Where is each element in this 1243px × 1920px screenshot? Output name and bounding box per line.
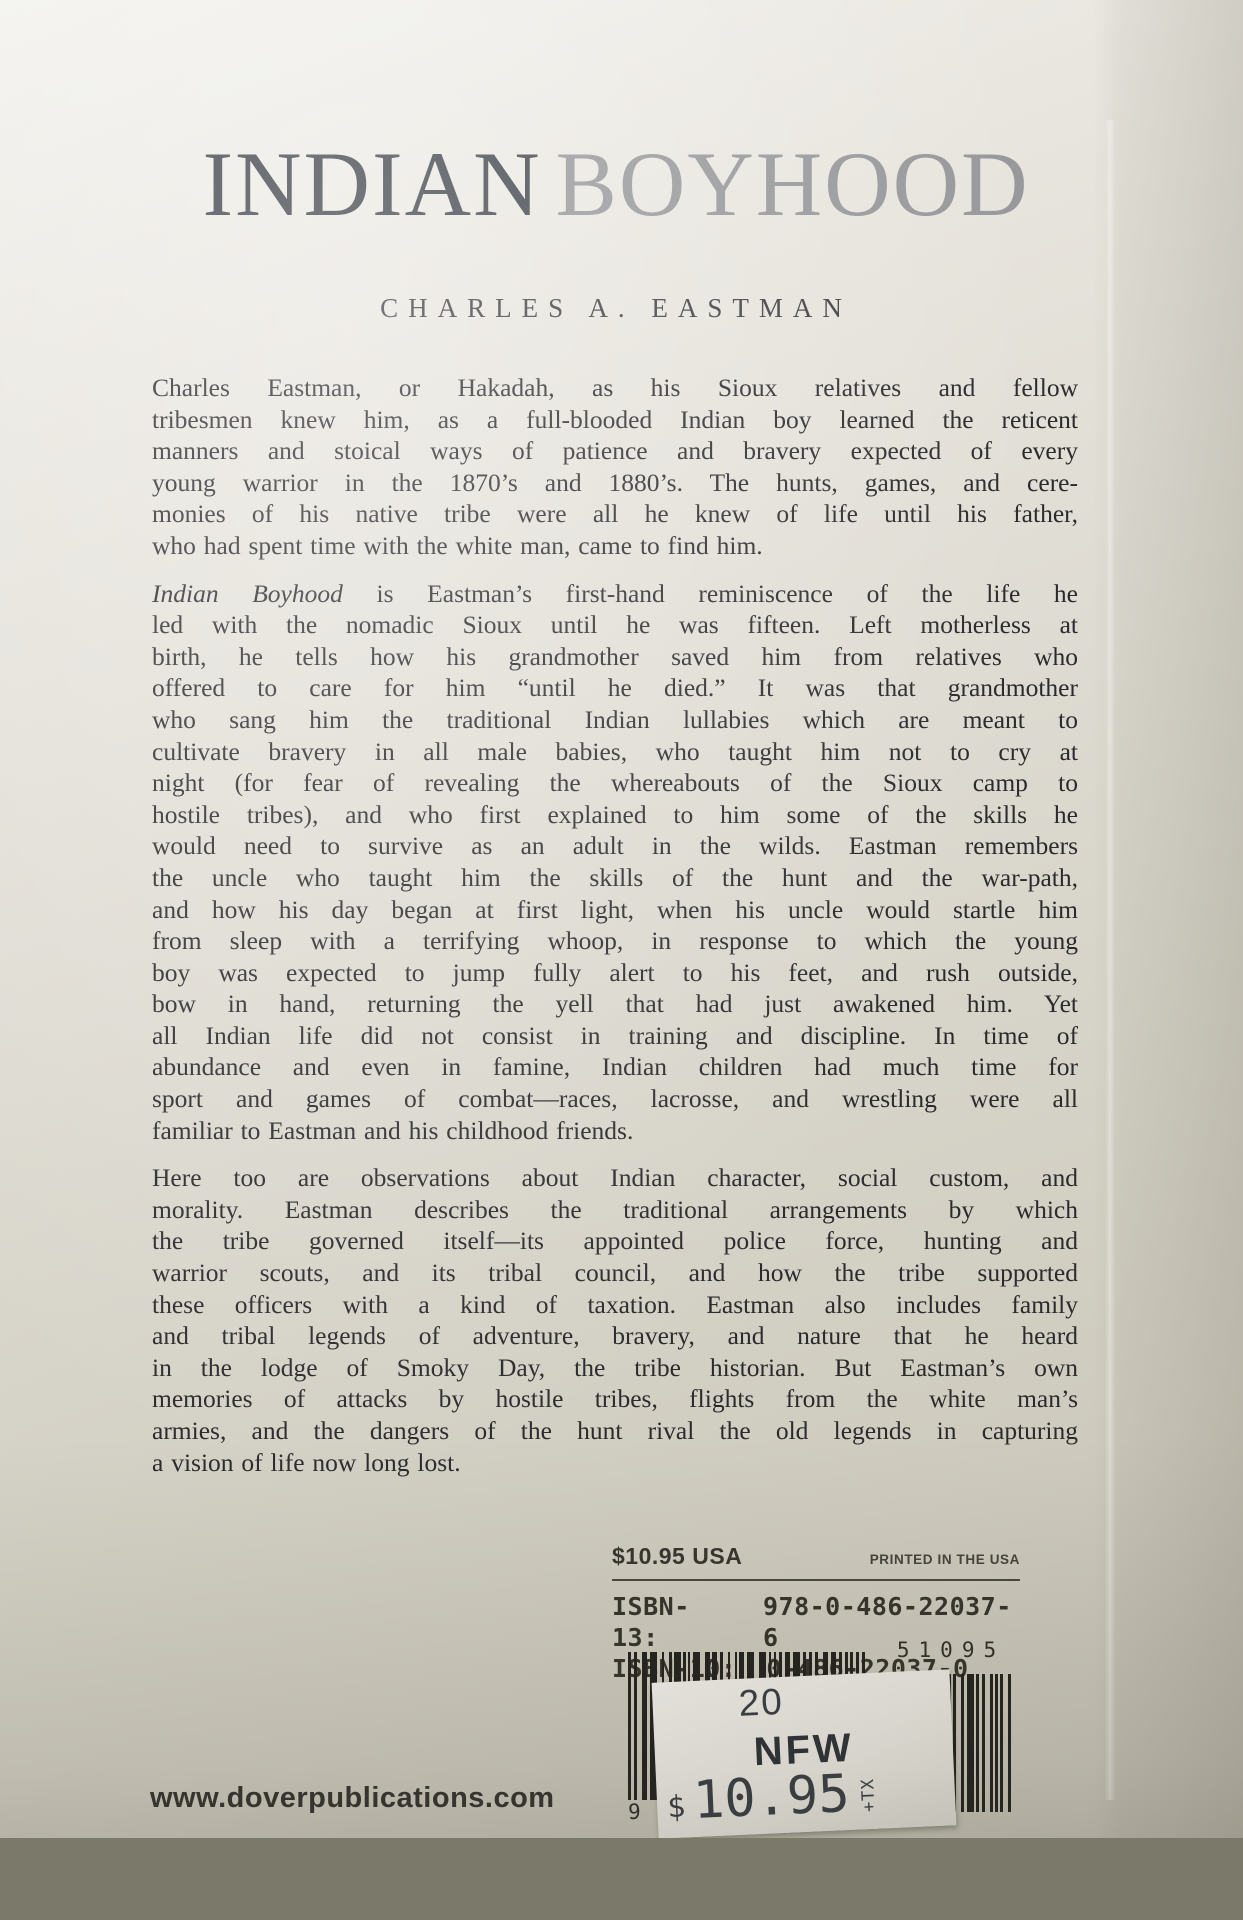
- body-text-line: hostile tribes), and who first explained…: [152, 799, 1078, 831]
- sticker-price-value: 10.95: [692, 1768, 851, 1827]
- sticker-tax-note: +TX: [858, 1778, 880, 1813]
- body-text-line: boy was expected to jump fully alert to …: [152, 957, 1078, 989]
- body-text-line: a vision of life now long lost.: [152, 1447, 1078, 1479]
- sticker-code: 20: [738, 1681, 785, 1725]
- barcode-leading-digit: 9: [628, 1800, 643, 1824]
- barcode-bar: [967, 1674, 974, 1812]
- blurb-paragraph: Indian Boyhood is Eastman’s first-hand r…: [152, 578, 1078, 1147]
- barcode-bar: [976, 1674, 979, 1812]
- price-usa: $10.95 USA: [612, 1543, 742, 1570]
- body-text-line: familiar to Eastman and his childhood fr…: [152, 1115, 1078, 1147]
- body-text-line: Indian Boyhood is Eastman’s first-hand r…: [152, 578, 1078, 610]
- body-text-line: from sleep with a terrifying whoop, in r…: [152, 925, 1078, 957]
- book-back-cover: INDIANBOYHOOD CHARLES A. EASTMAN Charles…: [0, 0, 1243, 1840]
- body-text-line: all Indian life did not consist in train…: [152, 1020, 1078, 1052]
- body-text-line: Here too are observations about Indian c…: [152, 1162, 1078, 1194]
- body-text-line: monies of his native tribe were all he k…: [152, 498, 1078, 530]
- body-text-line: these officers with a kind of taxation. …: [152, 1289, 1078, 1321]
- book-author: CHARLES A. EASTMAN: [0, 293, 1232, 324]
- sticker-price-row: $ 10.95 +TX: [666, 1766, 886, 1828]
- body-text-line: morality. Eastman describes the traditio…: [152, 1194, 1078, 1226]
- body-text-line: who had spent time with the white man, c…: [152, 530, 1078, 562]
- body-text-line: warrior scouts, and its tribal council, …: [152, 1257, 1078, 1289]
- body-text-line: led with the nomadic Sioux until he was …: [152, 609, 1078, 641]
- book-title-primary: INDIAN: [202, 133, 541, 235]
- body-text-line: night (for fear of revealing the whereab…: [152, 767, 1078, 799]
- blurb-paragraph: Charles Eastman, or Hakadah, as his Siou…: [152, 372, 1078, 562]
- body-text-line: in the lodge of Smoky Day, the tribe his…: [152, 1352, 1078, 1384]
- book-title-secondary: BOYHOOD: [556, 133, 1030, 235]
- table-surface: [0, 1838, 1243, 1920]
- body-text-line: Charles Eastman, or Hakadah, as his Siou…: [152, 372, 1078, 404]
- body-text-line: manners and stoical ways of patience and…: [152, 435, 1078, 467]
- body-text-line: cultivate bravery in all male babies, wh…: [152, 736, 1078, 768]
- price-row: $10.95 USA PRINTED IN THE USA: [612, 1543, 1020, 1570]
- barcode-bar: [642, 1652, 647, 1800]
- barcode-bar: [961, 1674, 964, 1812]
- barcode-bar: [1008, 1674, 1011, 1812]
- barcode-bar: [1000, 1674, 1003, 1812]
- barcode-addon-digits: 51095: [888, 1638, 1014, 1662]
- body-text-line: and how his day began at first light, wh…: [152, 894, 1078, 926]
- body-text-line: young warrior in the 1870’s and 1880’s. …: [152, 467, 1078, 499]
- back-cover-blurb: Charles Eastman, or Hakadah, as his Siou…: [152, 372, 1078, 1494]
- divider-rule: [612, 1579, 1020, 1581]
- body-text-line: memories of attacks by hostile tribes, f…: [152, 1383, 1078, 1415]
- body-text-line: and tribal legends of adventure, bravery…: [152, 1320, 1078, 1352]
- barcode-bar: [982, 1674, 985, 1812]
- body-text-line: tribesmen knew him, as a full-blooded In…: [152, 404, 1078, 436]
- book-page-edge: [1093, 0, 1243, 1840]
- body-text-line: sport and games of combat—races, lacross…: [152, 1083, 1078, 1115]
- body-text-line: the uncle who taught him the skills of t…: [152, 862, 1078, 894]
- barcode-bar: [634, 1652, 637, 1800]
- body-text-line: the tribe governed itself—its appointed …: [152, 1225, 1078, 1257]
- book-title: INDIANBOYHOOD: [0, 138, 1232, 230]
- body-text-line: birth, he tells how his grandmother save…: [152, 641, 1078, 673]
- blurb-paragraph: Here too are observations about Indian c…: [152, 1162, 1078, 1478]
- barcode-bar: [995, 1674, 998, 1812]
- sticker-currency-sign: $: [667, 1789, 687, 1825]
- barcode-bar: [990, 1674, 993, 1812]
- publisher-website: www.doverpublications.com: [150, 1782, 555, 1815]
- body-text-line: offered to care for him “until he died.”…: [152, 672, 1078, 704]
- body-text-line: who sang him the traditional Indian lull…: [152, 704, 1078, 736]
- barcode-bar: [628, 1652, 631, 1800]
- body-text-line: would need to survive as an adult in the…: [152, 830, 1078, 862]
- printed-in-usa: PRINTED IN THE USA: [870, 1552, 1020, 1567]
- body-text-line: bow in hand, returning the yell that had…: [152, 988, 1078, 1020]
- body-text-line: armies, and the dangers of the hunt riva…: [152, 1415, 1078, 1447]
- body-text-line: abundance and even in famine, Indian chi…: [152, 1051, 1078, 1083]
- price-sticker: 20 NFW $ 10.95 +TX: [652, 1669, 957, 1838]
